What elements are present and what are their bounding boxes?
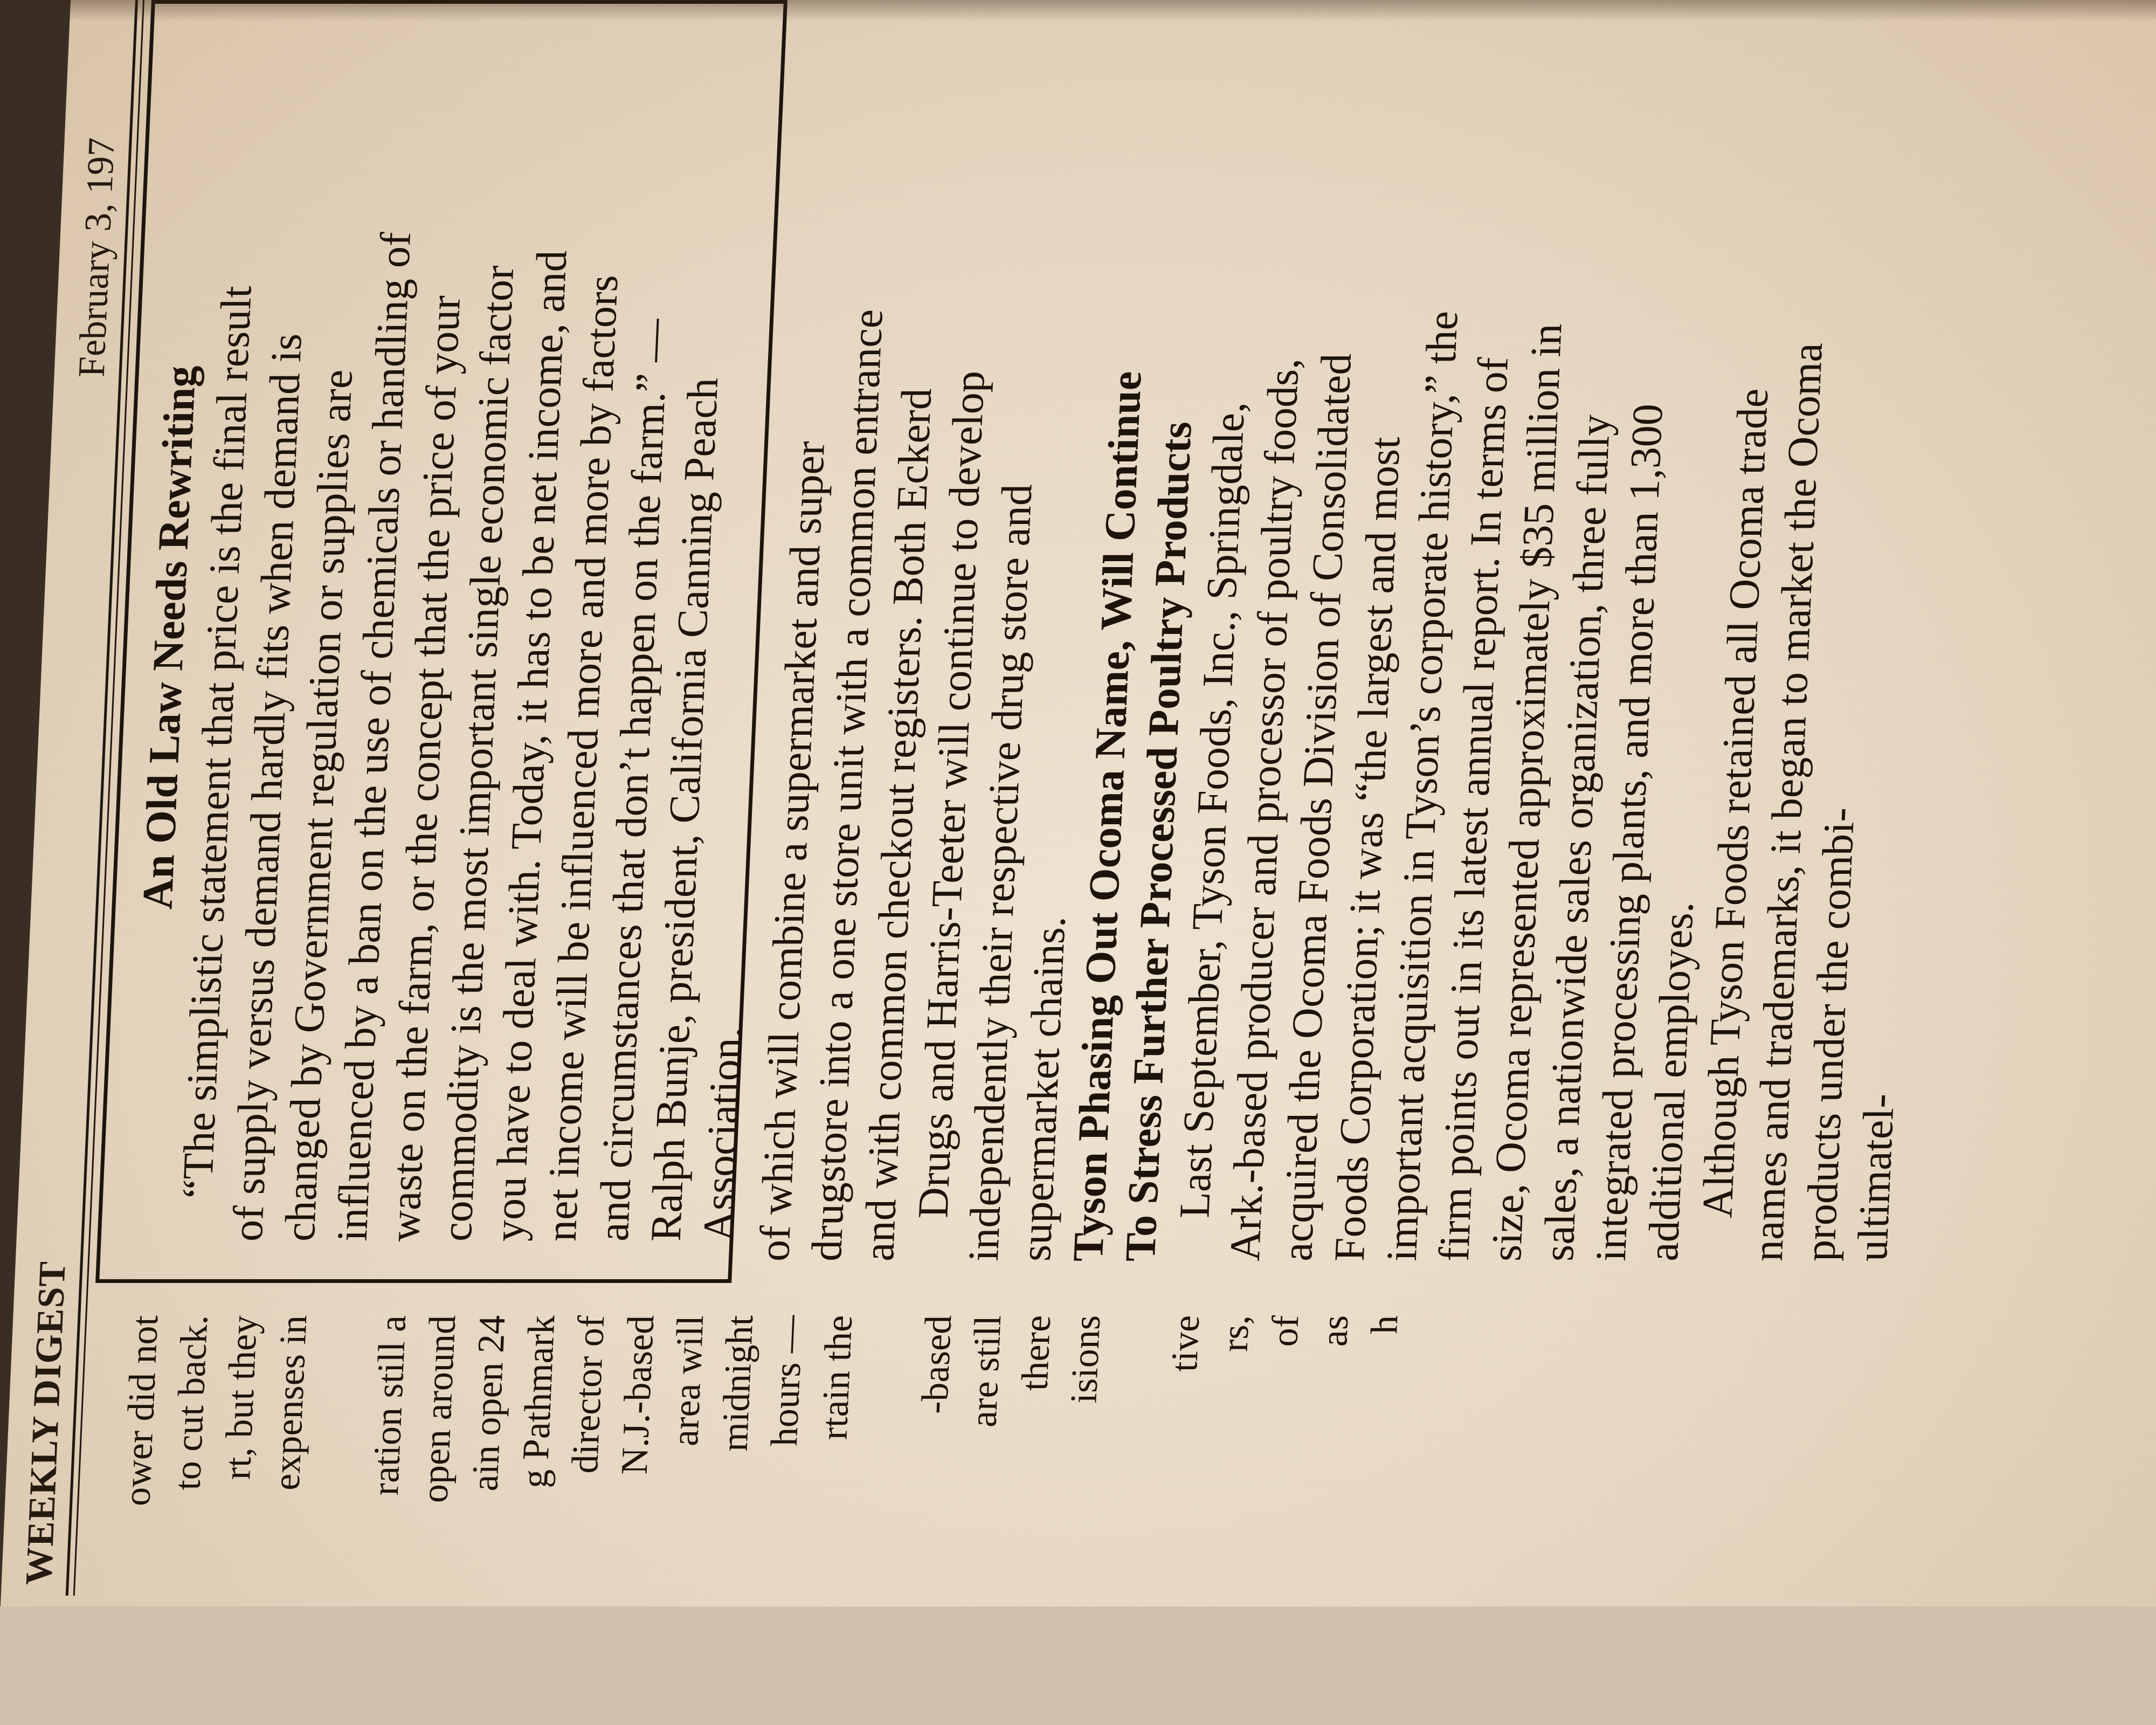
body-column: of which will combine a supermarket and …	[749, 22, 1953, 1261]
sidebar-content: An Old Law Needs Rewriting “The simplist…	[117, 34, 797, 1241]
rotated-page-frame: WEEKLY DIGEST February 3, 197 ower did n…	[0, 0, 2156, 1617]
book-spine-shadow	[48, 0, 2156, 22]
sidebar-box: An Old Law Needs Rewriting “The simplist…	[95, 0, 787, 1283]
left-column-fragments: ower did not to cut back. rt, but they e…	[108, 1315, 1410, 1617]
issue-date: February 3, 197	[70, 137, 123, 377]
magazine-page: WEEKLY DIGEST February 3, 197 ower did n…	[0, 0, 2156, 1617]
running-head: WEEKLY DIGEST	[18, 1261, 75, 1585]
photographed-document: WEEKLY DIGEST February 3, 197 ower did n…	[0, 0, 2156, 1617]
